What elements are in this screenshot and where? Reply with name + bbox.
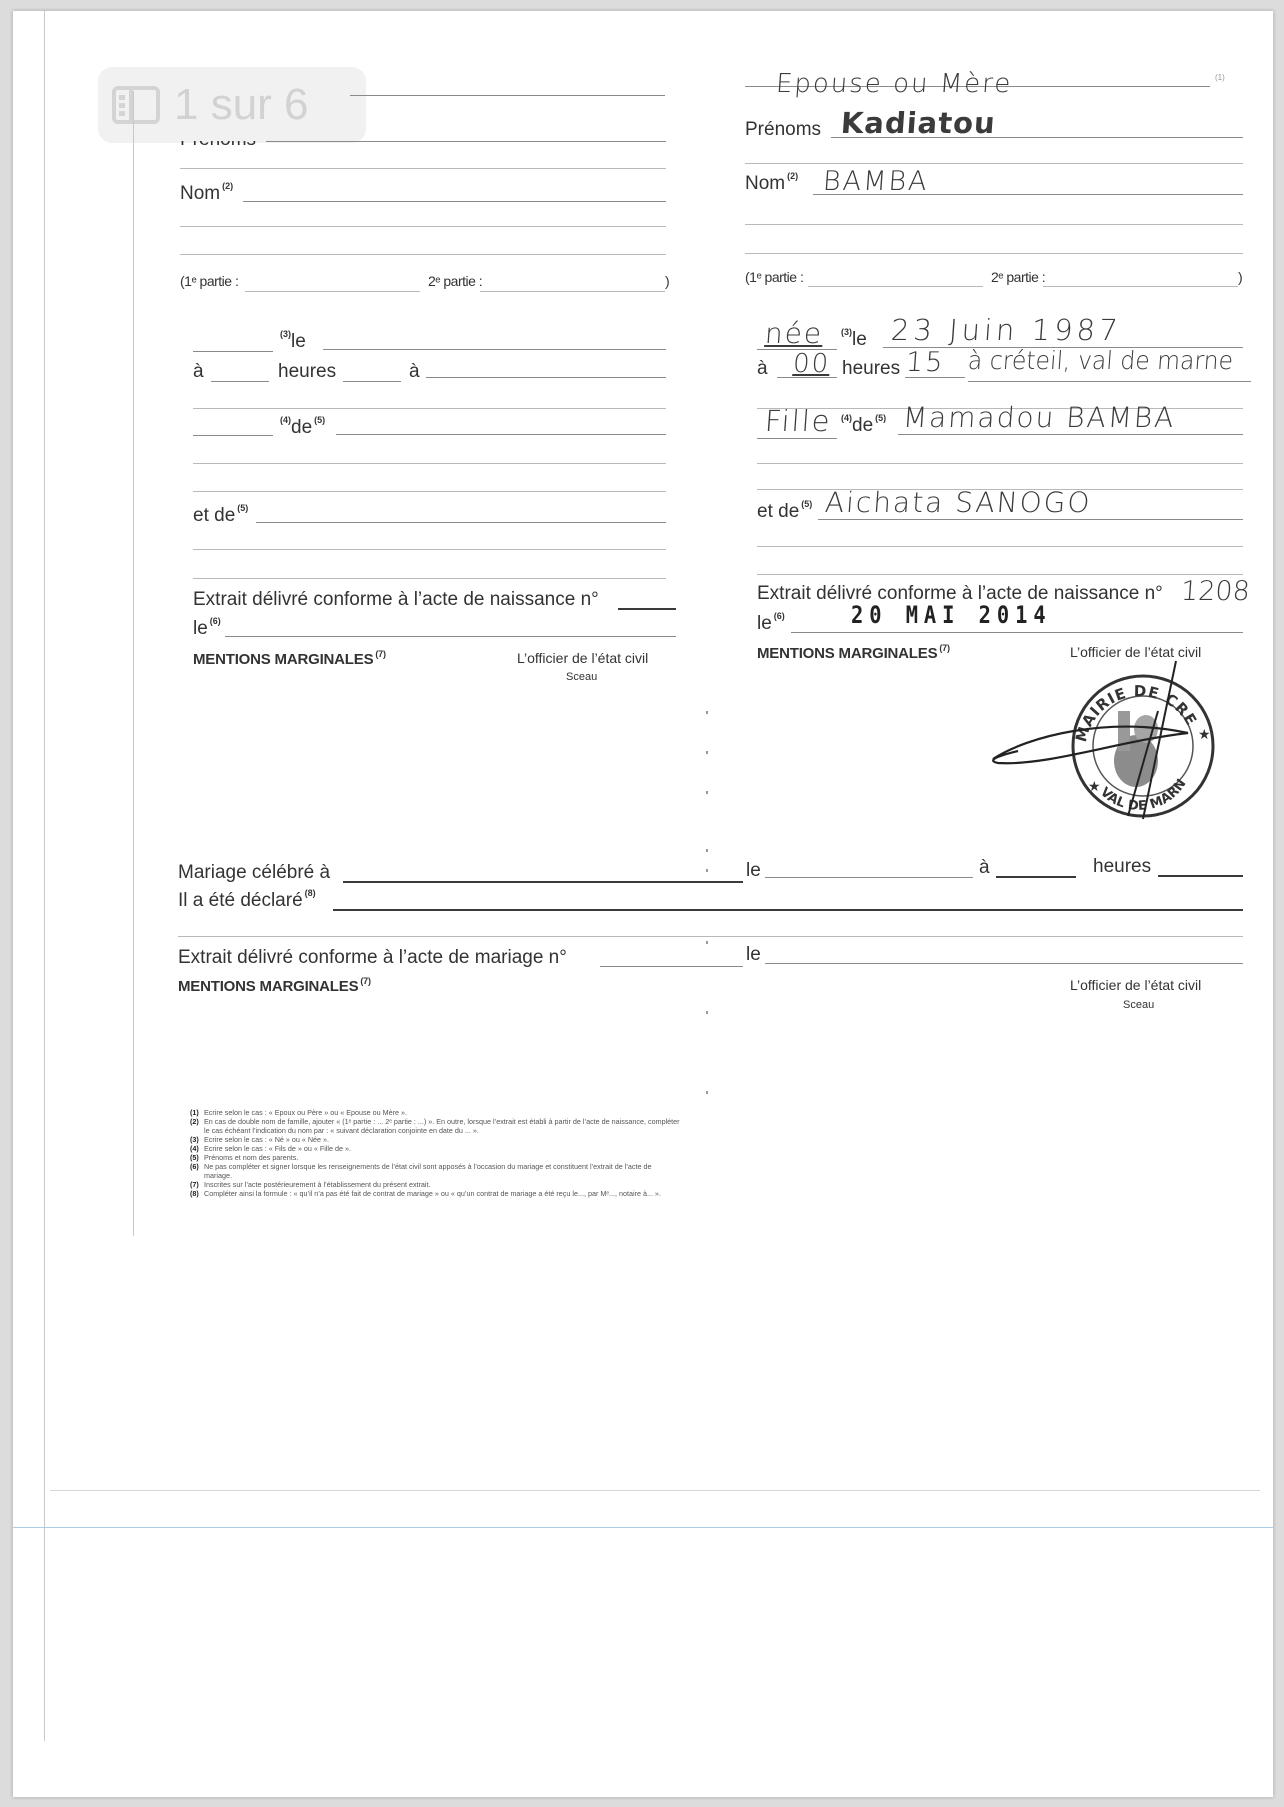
footnote: (8)Compléter ainsi la formule : « qu’il … <box>190 1189 680 1198</box>
role-field[interactable] <box>350 95 665 96</box>
et-de-label: et de(5) <box>193 505 248 527</box>
minute-field[interactable] <box>343 381 401 382</box>
acte-number-value: 1208 <box>1180 576 1251 607</box>
page-indicator-text: 1 sur 6 <box>174 80 309 130</box>
extrait-le-label: le(6) <box>193 618 221 640</box>
ne-field[interactable] <box>193 351 273 352</box>
svg-text:★: ★ <box>1198 726 1211 742</box>
sceau-label: Sceau <box>566 671 597 683</box>
page-break-line <box>13 1527 1273 1528</box>
mother-field[interactable] <box>818 519 1243 520</box>
place-value: à créteil, val de marne <box>967 346 1234 375</box>
document-page: 1 sur 6 Prénoms Nom(2) (1ᵉ partie : 2ᵉ p… <box>13 11 1273 1797</box>
officier-label: L’officier de l’état civil <box>517 650 648 666</box>
partie1-field[interactable] <box>245 291 420 292</box>
partie2-label: 2ᵉ partie : <box>428 273 482 289</box>
place-field[interactable] <box>426 377 666 378</box>
de-label: (4)de(5) <box>278 417 325 439</box>
heures-label: heures <box>278 361 336 383</box>
issue-date-field[interactable] <box>225 636 676 637</box>
partie1-label: (1ᵉ partie : <box>745 269 803 285</box>
filiation-value: Fille <box>764 404 833 438</box>
a2-label: à <box>409 361 420 383</box>
nom-value: BAMBA <box>822 166 930 197</box>
mariage-celebre-label: Mariage célébré à <box>178 862 330 884</box>
birth-date-value: 23 Juin 1987 <box>890 313 1123 347</box>
mariage-a-label: à <box>979 857 990 879</box>
hour-value: 00 <box>792 349 831 379</box>
extrait-mariage-date-field[interactable] <box>765 963 1243 964</box>
scan-line <box>50 1490 1260 1491</box>
extrait-naissance-label: Extrait délivré conforme à l’acte de nai… <box>193 589 599 611</box>
mentions-marginales-label: MENTIONS MARGINALES(7) <box>193 651 386 668</box>
margin-line <box>133 91 134 1236</box>
footnote: (6)Ne pas compléter et signer lorsque le… <box>190 1162 680 1180</box>
le-label: (3)le <box>839 329 867 351</box>
hour-field[interactable] <box>211 381 269 382</box>
extrait-le-label: le(6) <box>757 613 785 635</box>
partie2-label: 2ᵉ partie : <box>991 269 1045 285</box>
official-stamp: MAIRIE DE CRETEIL VAL DE MARNE ★ ★ <box>988 651 1228 821</box>
issue-date-stamp: 20 MAI 2014 <box>851 601 1052 629</box>
prenoms-value: Kadiatou <box>840 106 997 140</box>
issue-date-field[interactable] <box>791 632 1243 633</box>
sidebar-icon[interactable] <box>112 86 160 124</box>
father-value: Mamadou BAMBA <box>902 401 1177 434</box>
filiation-field[interactable] <box>193 435 273 436</box>
mother-field[interactable] <box>256 522 666 523</box>
nom-label: Nom(2) <box>180 183 233 205</box>
place-field[interactable] <box>968 381 1251 382</box>
partie2-field[interactable] <box>480 291 665 292</box>
mariage-mentions-label: MENTIONS MARGINALES(7) <box>178 978 371 995</box>
footnotes: (1)Ecrire selon le cas : « Epoux ou Père… <box>190 1108 680 1198</box>
filiation-field[interactable] <box>757 438 837 439</box>
et-de-label: et de(5) <box>757 501 812 523</box>
partie1-label: (1ᵉ partie : <box>180 273 238 289</box>
partie2-field[interactable] <box>1043 286 1238 287</box>
de-label: (4)de(5) <box>839 415 886 437</box>
role-value: Epouse ou Mère <box>775 69 1013 99</box>
mariage-sceau-label: Sceau <box>1123 999 1154 1011</box>
footnote: (5)Prénoms et nom des parents. <box>190 1153 680 1162</box>
prenoms-label: Prénoms <box>745 119 821 141</box>
declare-field[interactable] <box>333 909 1243 911</box>
partie1-field[interactable] <box>808 286 983 287</box>
father-field[interactable] <box>898 434 1243 435</box>
declare-label: Il a été déclaré(8) <box>178 890 316 912</box>
margin-line <box>44 11 45 1741</box>
heures-label: heures <box>842 358 900 380</box>
mariage-minute-field[interactable] <box>1158 875 1243 877</box>
svg-text:★: ★ <box>1088 778 1101 794</box>
footnote: (3)Ecrire selon le cas : « Né » ou « Née… <box>190 1135 680 1144</box>
birth-date-field[interactable] <box>323 349 666 350</box>
father-field[interactable] <box>336 434 666 435</box>
mariage-heures-label: heures <box>1093 856 1151 878</box>
footnote: (2)En cas de double nom de famille, ajou… <box>190 1117 680 1135</box>
minute-value: 15 <box>905 347 946 378</box>
ne-value: née <box>764 317 825 350</box>
mariage-le-label: le <box>746 860 761 882</box>
mariage-hour-field[interactable] <box>996 876 1076 878</box>
prenoms-field[interactable] <box>266 141 666 142</box>
le-label: (3)le <box>278 331 306 353</box>
a-label: à <box>193 361 204 383</box>
mentions-marginales-label: MENTIONS MARGINALES(7) <box>757 645 950 662</box>
nom-field[interactable] <box>243 201 666 202</box>
mariage-lieu-field[interactable] <box>343 881 743 883</box>
mariage-date-field[interactable] <box>765 877 973 878</box>
acte-number-field[interactable] <box>618 608 676 610</box>
mariage-acte-number-field[interactable] <box>600 966 743 967</box>
nom-label: Nom(2) <box>745 173 798 195</box>
extrait-mariage-label: Extrait délivré conforme à l’acte de mar… <box>178 947 567 969</box>
footnote: (7)Inscrites sur l’acte postérieurement … <box>190 1180 680 1189</box>
footnote: (1)Ecrire selon le cas : « Epoux ou Père… <box>190 1108 680 1117</box>
page-indicator[interactable]: 1 sur 6 <box>98 67 366 143</box>
extrait-mariage-le-label: le <box>746 944 761 966</box>
mariage-officier-label: L’officier de l’état civil <box>1070 977 1201 993</box>
mother-value: Aichata SANOGO <box>824 486 1093 519</box>
a-label: à <box>757 358 768 380</box>
footnote: (4)Ecrire selon le cas : « Fils de » ou … <box>190 1144 680 1153</box>
